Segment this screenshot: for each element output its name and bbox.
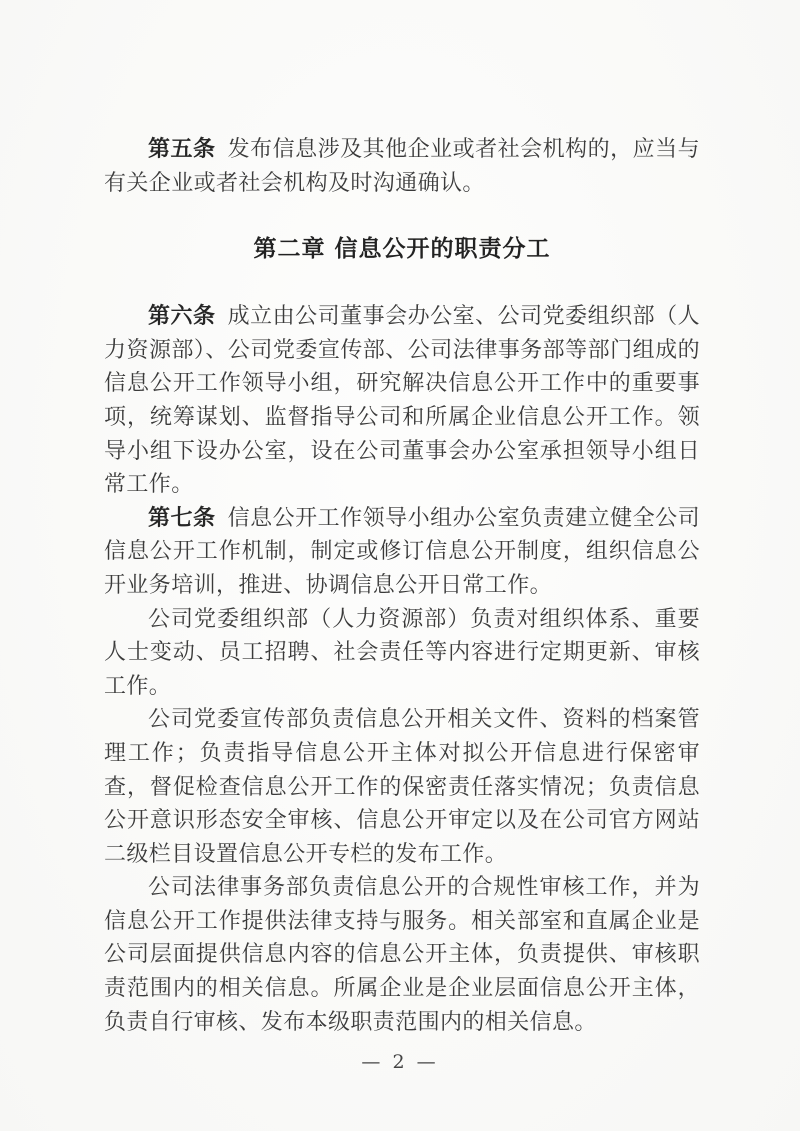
paragraph-article-7: 第七条信息公开工作领导小组办公室负责建立健全公司信息公开工作机制，制定或修订信息… xyxy=(104,502,700,603)
paragraph-article-5: 第五条发布信息涉及其他企业或者社会机构的，应当与有关企业或者社会机构及时沟通确认… xyxy=(104,133,700,200)
publicity-dept-text: 公司党委宣传部负责信息公开相关文件、资料的档案管理工作；负责指导信息公开主体对拟… xyxy=(104,707,700,866)
chapter-heading: 第二章 信息公开的职责分工 xyxy=(104,233,700,265)
organization-dept-text: 公司党委组织部（人力资源部）负责对组织体系、重要人士变动、员工招聘、社会责任等内… xyxy=(104,607,700,699)
paragraph-organization-dept: 公司党委组织部（人力资源部）负责对组织体系、重要人士变动、员工招聘、社会责任等内… xyxy=(104,603,700,704)
article-7-number: 第七条 xyxy=(148,505,216,531)
document-body: 第五条发布信息涉及其他企业或者社会机构的，应当与有关企业或者社会机构及时沟通确认… xyxy=(104,133,700,1039)
document-page: 第五条发布信息涉及其他企业或者社会机构的，应当与有关企业或者社会机构及时沟通确认… xyxy=(0,0,800,1131)
paragraph-publicity-dept: 公司党委宣传部负责信息公开相关文件、资料的档案管理工作；负责指导信息公开主体对拟… xyxy=(104,703,700,871)
article-6-number: 第六条 xyxy=(148,303,216,329)
paragraph-legal-dept: 公司法律事务部负责信息公开的合规性审核工作，并为信息公开工作提供法律支持与服务。… xyxy=(104,871,700,1039)
page-number: — 2 — xyxy=(0,1051,800,1073)
legal-dept-text: 公司法律事务部负责信息公开的合规性审核工作，并为信息公开工作提供法律支持与服务。… xyxy=(104,875,700,1034)
paragraph-article-6: 第六条成立由公司董事会办公室、公司党委组织部（人力资源部）、公司党委宣传部、公司… xyxy=(104,300,700,502)
article-5-number: 第五条 xyxy=(148,136,216,162)
article-6-text: 成立由公司董事会办公室、公司党委组织部（人力资源部）、公司党委宣传部、公司法律事… xyxy=(104,304,700,497)
